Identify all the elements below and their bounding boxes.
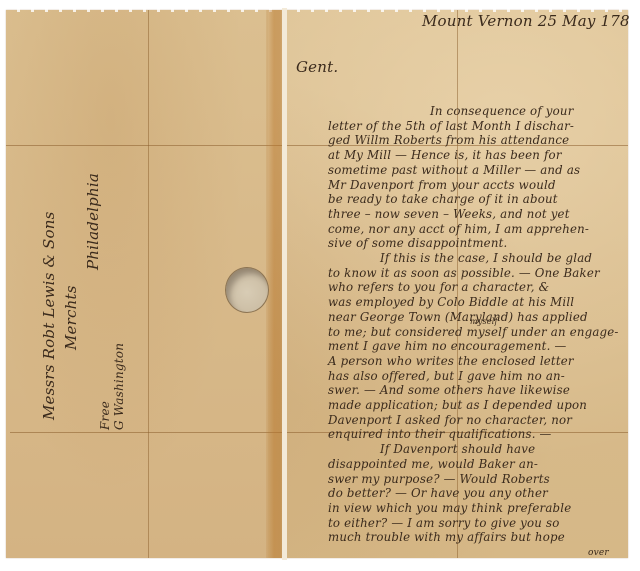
catchword: over [588,548,609,558]
address-block: Messrs Robt Lewis & Sons Merchts Philade… [40,173,106,420]
letter-line: much trouble with my affairs but hope [328,529,565,546]
fold-line-left [148,10,149,558]
address-line: Messrs Robt Lewis & Sons [40,173,62,420]
franking-signature: G Washington [112,343,126,430]
franking-block: Free G Washington [98,343,126,430]
address-line: Merchts [62,173,84,420]
franking-line: Free [98,343,112,430]
salutation: Gent. [296,58,338,76]
sheet-gap [282,8,287,560]
dateline: Mount Vernon 25 May 178 [422,12,630,30]
wax-seal [225,267,269,313]
